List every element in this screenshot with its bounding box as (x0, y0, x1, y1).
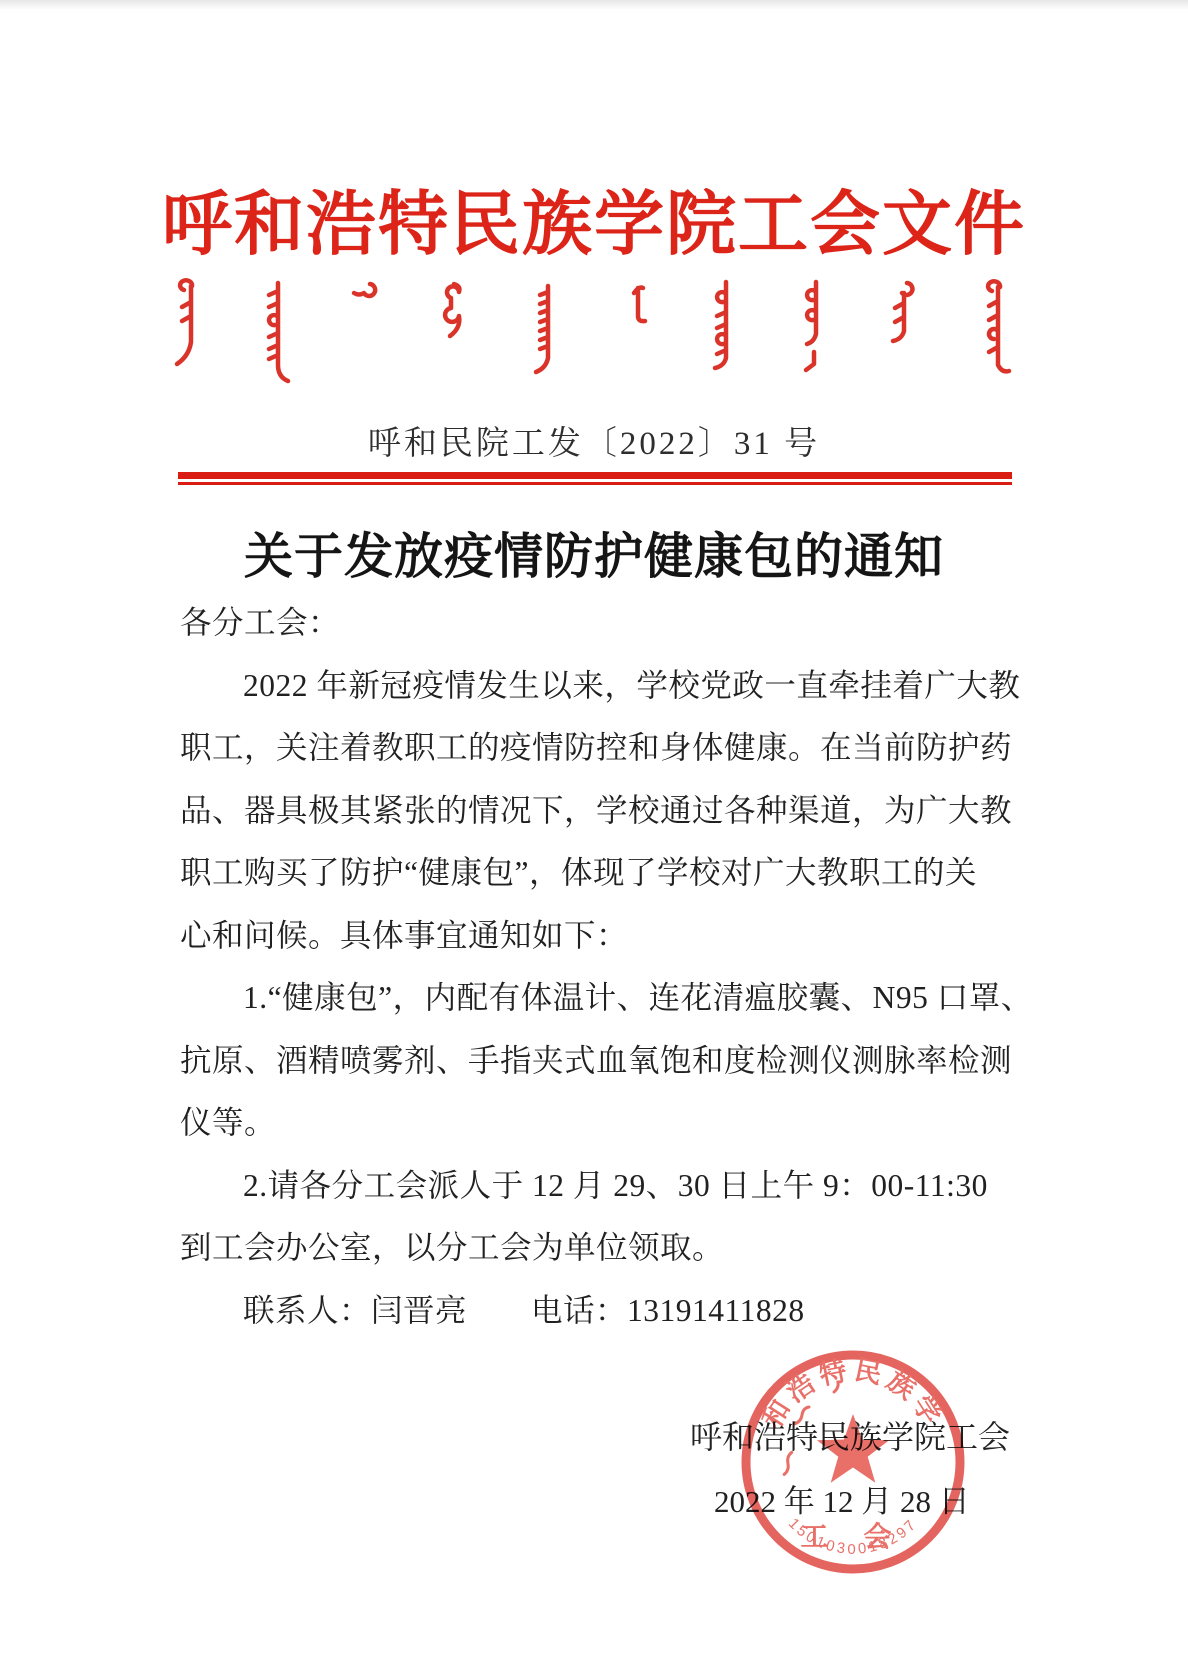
mongolian-glyph (715, 282, 726, 368)
mongolian-script-row-icon (150, 256, 1050, 386)
mongolian-glyph (177, 280, 192, 364)
body-line: 2022 年新冠疫情发生以来，学校党政一直牵挂着广大教 (180, 655, 1016, 718)
mongolian-glyph (269, 283, 288, 381)
body-line: 职工，关注着教职工的疫情防控和身体健康。在当前防护药 (180, 717, 1016, 780)
mongolian-glyph (806, 282, 816, 370)
body-line: 职工购买了防护“健康包”，体现了学校对广大教职工的关 (180, 842, 1016, 905)
mongolian-glyph (536, 286, 548, 372)
notice-body: 各分工会： 2022 年新冠疫情发生以来，学校党政一直牵挂着广大教 职工，关注着… (180, 592, 1016, 1342)
official-seal-icon: 呼和浩特民族学院 工 会 1501030018297 (738, 1346, 968, 1578)
notice-title: 关于发放疫情防护健康包的通知 (0, 518, 1188, 588)
body-line: 到工会办公室，以分工会为单位领取。 (180, 1217, 1016, 1280)
mongolian-glyph (634, 288, 645, 322)
body-line-item-2: 2.请各分工会派人于 12 月 29、30 日上午 9：00-11:30 (180, 1155, 1016, 1218)
body-line: 心和问候。具体事宜通知如下： (180, 905, 1016, 968)
mongolian-glyph (445, 284, 459, 336)
mongolian-glyph (988, 281, 1009, 371)
doc-number: 呼和民院工发〔2022〕31 号 (0, 417, 1188, 464)
body-line: 抗原、酒精喷雾剂、手指夹式血氧饱和度检测仪测脉率检测 (180, 1030, 1016, 1093)
contact-line: 联系人：闫晋亮 电话：13191411828 (180, 1280, 1016, 1343)
document-page: 呼和浩特民族学院工会文件 (0, 0, 1188, 1680)
body-line: 品、器具极其紧张的情况下，学校通过各种渠道，为广大教 (180, 780, 1016, 843)
seal-star (817, 1414, 889, 1483)
red-rule-thin (178, 482, 1012, 485)
red-rule-thick (178, 472, 1012, 479)
letterhead-title: 呼和浩特民族学院工会文件 (0, 168, 1188, 269)
mongolian-glyph (893, 283, 912, 341)
body-line: 仪等。 (180, 1092, 1016, 1155)
mongolian-glyph (354, 284, 375, 296)
salutation-line: 各分工会： (180, 592, 1016, 655)
body-line-item-1: 1.“健康包”，内配有体温计、连花清瘟胶囊、N95 口罩、 (180, 967, 1016, 1030)
